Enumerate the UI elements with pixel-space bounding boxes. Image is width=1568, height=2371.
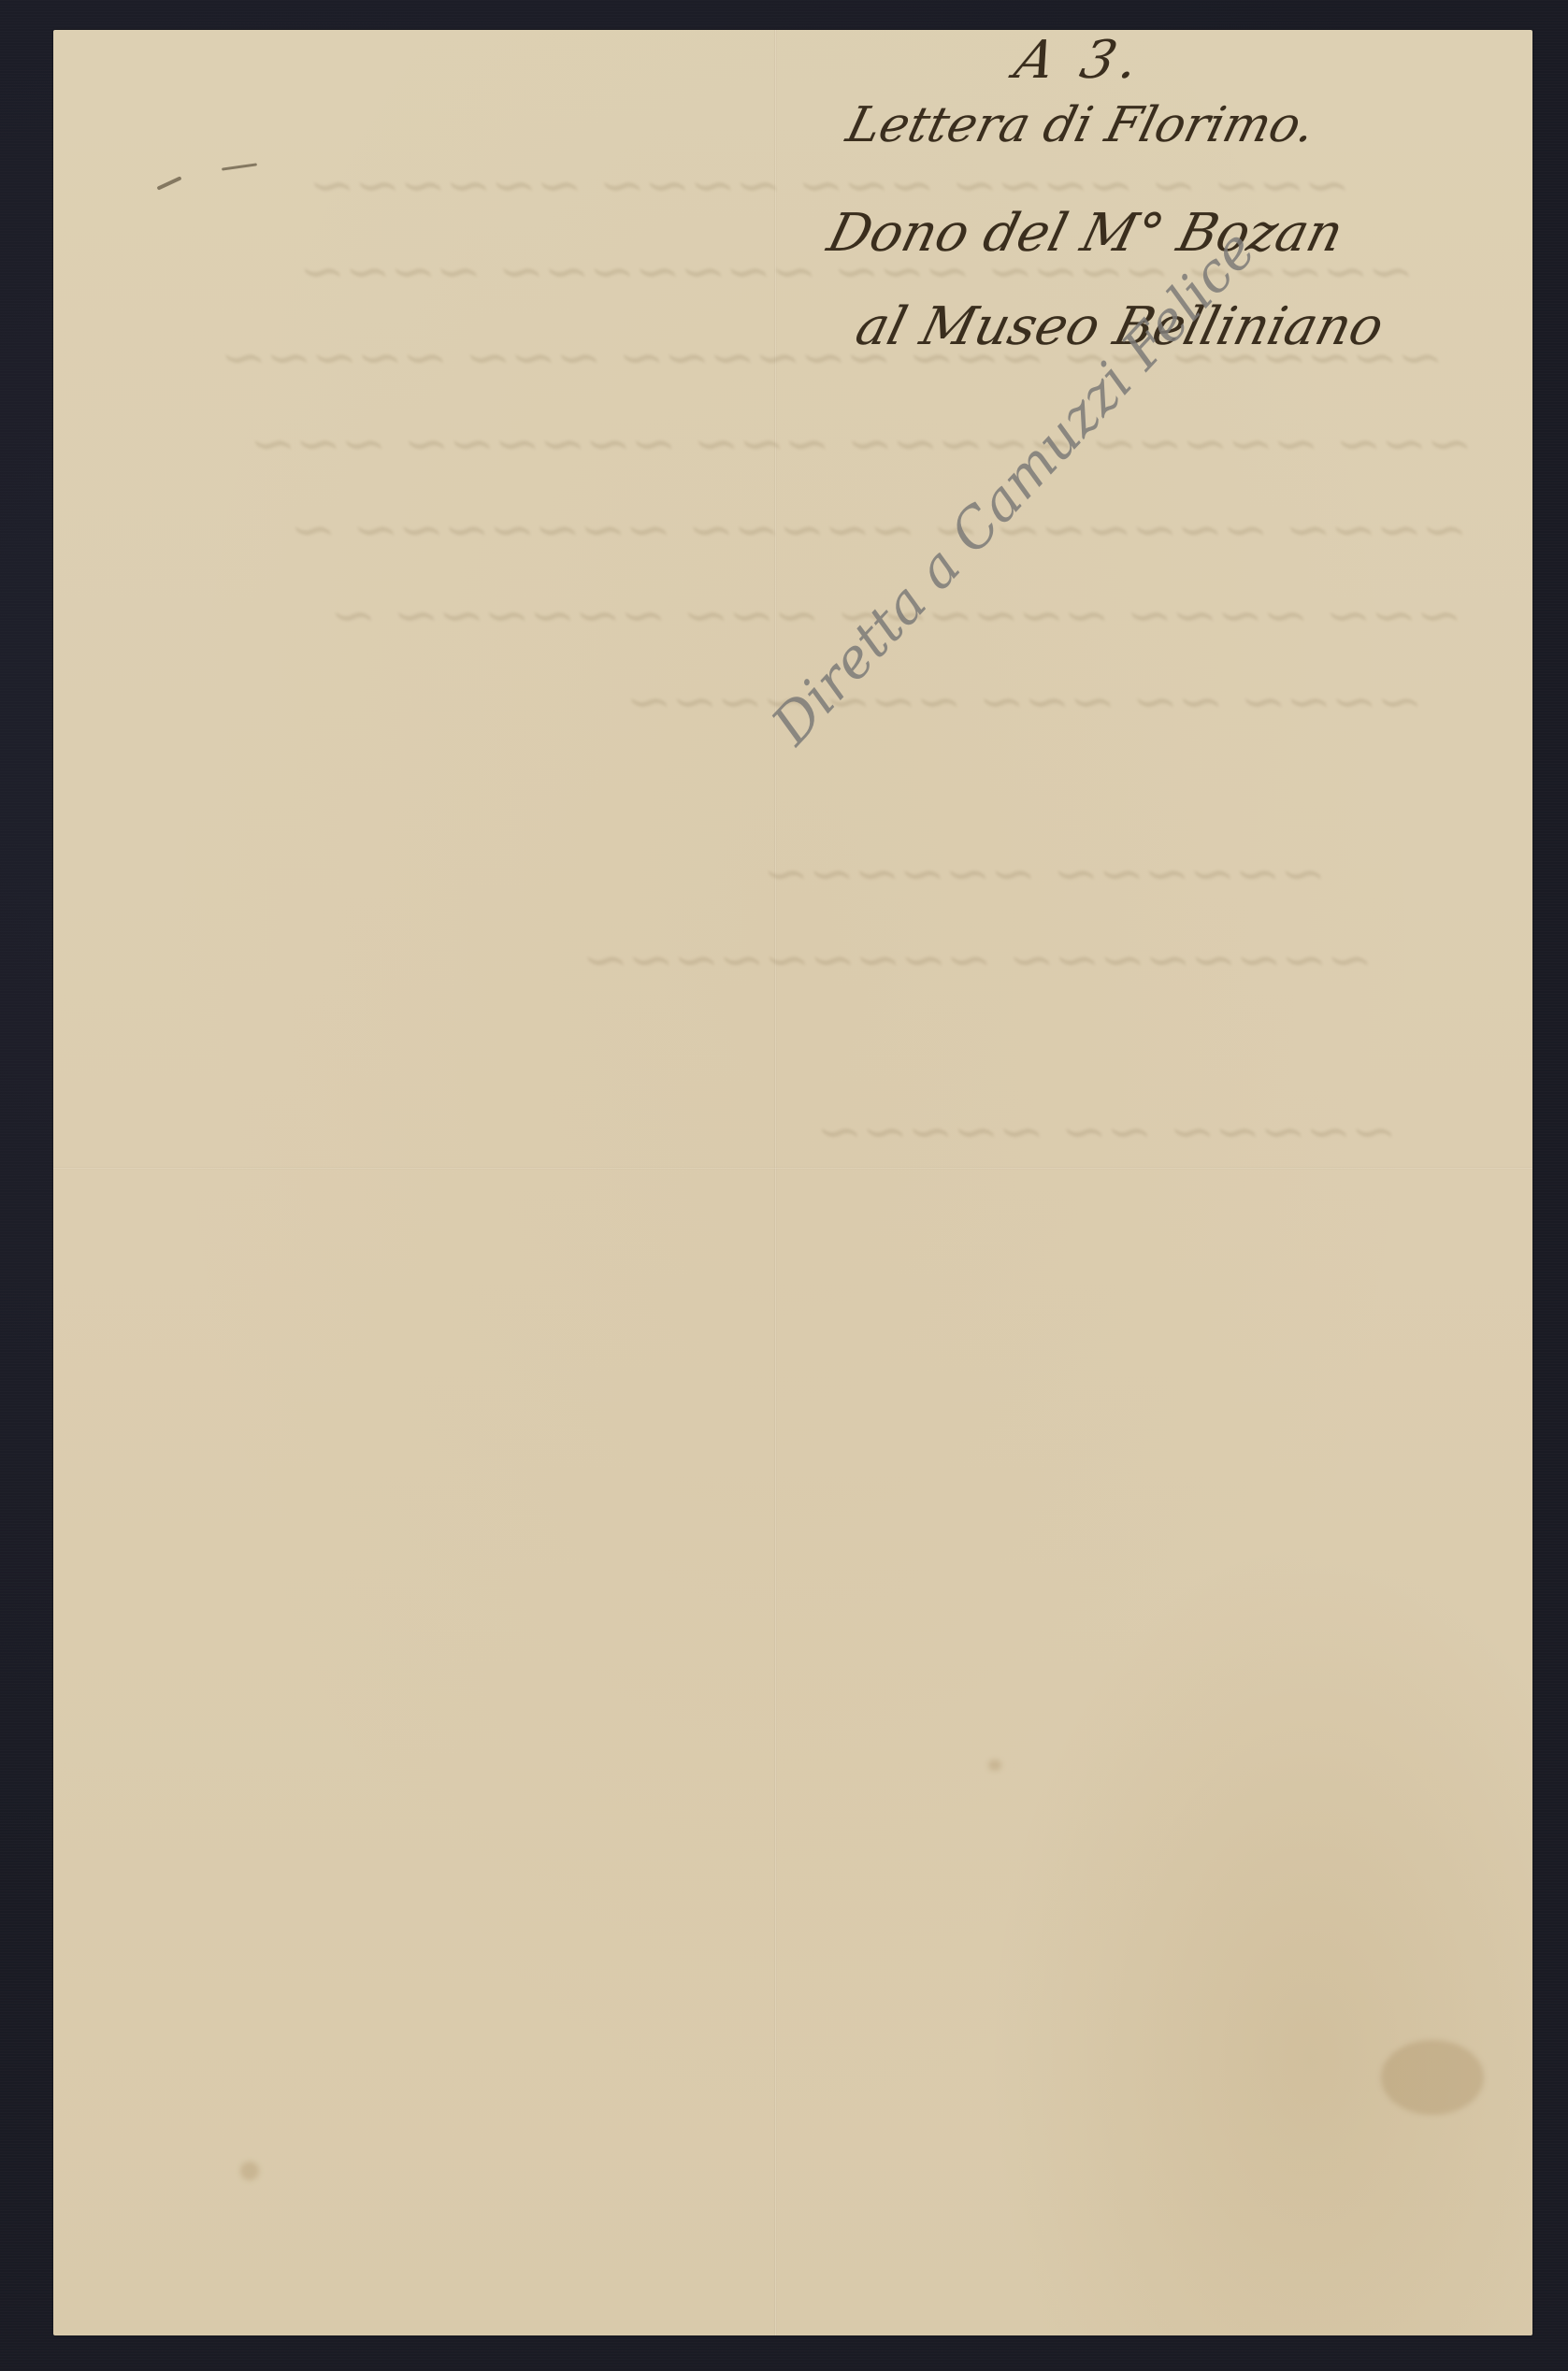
paper-stain <box>240 2162 259 2180</box>
document-sheet: ~~~ ~ ~~~~ ~~~ ~~~~ ~~~~~~ ~~~~~ ~~~~ ~~… <box>53 30 1532 2335</box>
annotation-line-1: Lettera di Florimo. <box>842 97 1321 153</box>
item-number-annotation: A 3. <box>1009 30 1151 91</box>
paper-stain <box>1381 2040 1484 2115</box>
paper-stain <box>988 1760 1001 1771</box>
annotation-line-2: Dono del M° Bozan <box>822 203 1349 264</box>
